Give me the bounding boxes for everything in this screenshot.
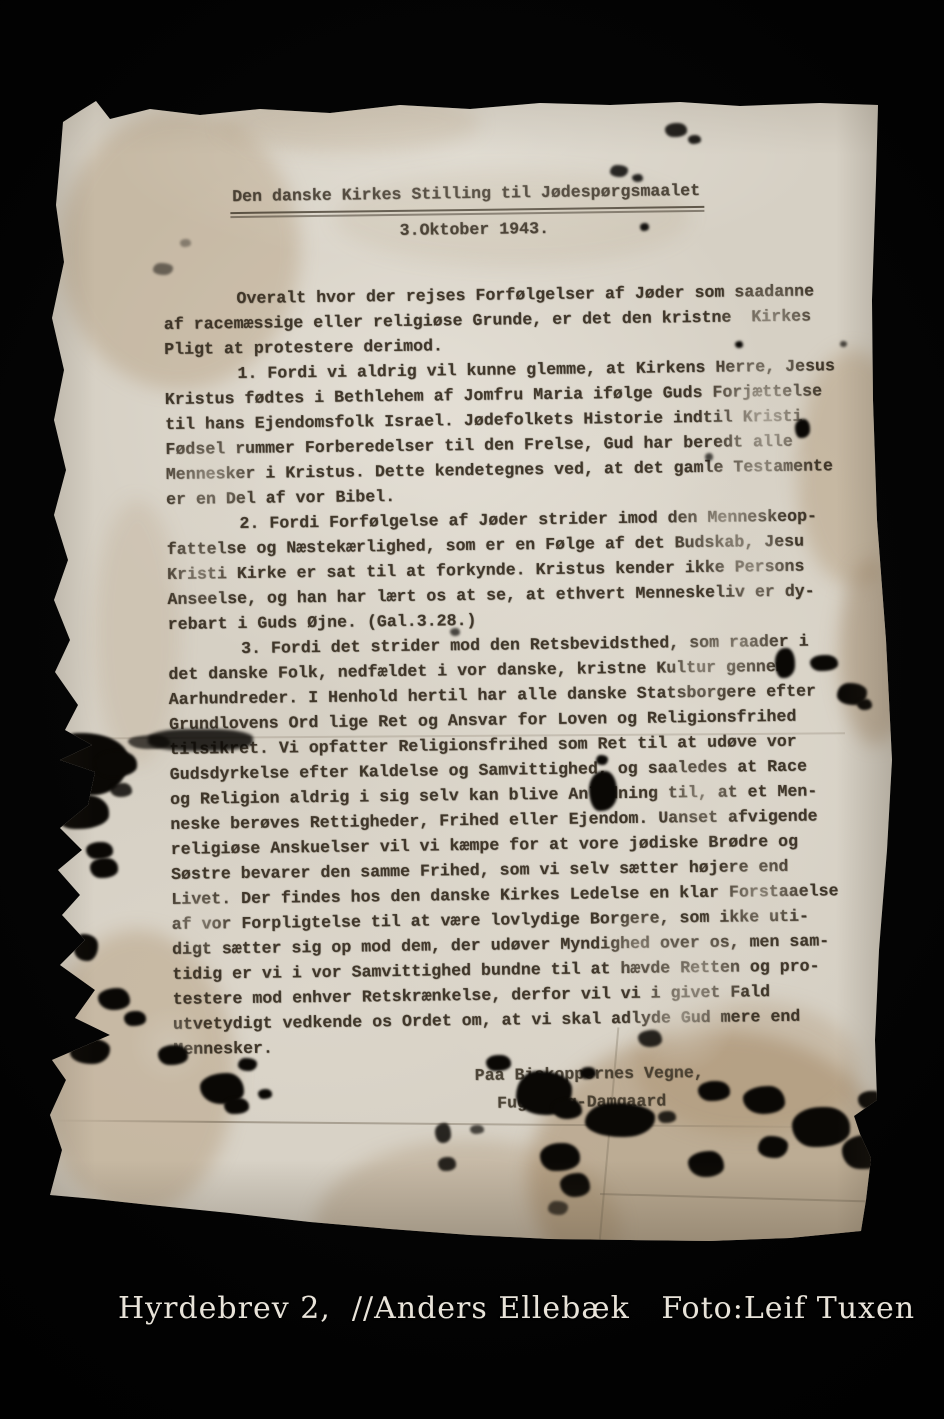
- ink-blot: [885, 1175, 919, 1199]
- document-body: Overalt hvor der rejses Forfølgelser af …: [163, 278, 844, 1062]
- ink-blot: [540, 1143, 580, 1171]
- paragraph: 2. Fordi Forfølgelse af Jøder strider im…: [166, 503, 838, 637]
- ink-blot: [688, 1151, 724, 1177]
- paragraph: 3. Fordi det strider mod den Retsbevidst…: [168, 628, 844, 1062]
- paper-crease: [600, 1193, 890, 1203]
- ink-blot: [758, 1136, 788, 1158]
- ink-blot: [98, 988, 130, 1010]
- ink-blot: [665, 123, 687, 137]
- document-paper: Den danske Kirkes Stilling til Jødespørg…: [40, 85, 896, 1245]
- ink-blot: [70, 1038, 110, 1064]
- ink-blot: [86, 842, 113, 859]
- document-date: 3.Oktober 1943.: [399, 216, 549, 243]
- ink-blot: [48, 733, 128, 795]
- paragraph: Overalt hvor der rejses Forfølgelser af …: [163, 278, 834, 362]
- ink-blot: [90, 858, 118, 878]
- signature-line-2: Fuglsang-Damgaard: [497, 1088, 667, 1115]
- ink-blot: [610, 165, 628, 177]
- paper-stain: [220, 93, 480, 153]
- document-title: Den danske Kirkes Stilling til Jødespørg…: [230, 178, 704, 214]
- ink-blot: [688, 135, 701, 144]
- photo-caption: Hyrdebrev 2, //Anders Ellebæk Foto:Leif …: [118, 1291, 915, 1326]
- ink-blot: [54, 795, 109, 829]
- document-text: Den danske Kirkes Stilling til Jødespørg…: [162, 176, 875, 1145]
- signature-line-1: Paa Biskoppernes Vegne,: [475, 1060, 704, 1088]
- ink-blot: [124, 1011, 146, 1026]
- photograph: Den danske Kirkes Stilling til Jødespørg…: [0, 0, 944, 1419]
- ink-blot: [128, 735, 170, 749]
- ink-blot: [548, 1201, 568, 1215]
- ink-blot: [560, 1173, 590, 1197]
- paragraph: 1. Fordi vi aldrig vil kunne glemme, at …: [164, 353, 836, 512]
- ink-blot: [438, 1157, 456, 1171]
- ink-blot: [110, 783, 132, 797]
- ink-blot: [74, 934, 98, 961]
- paper-stain: [315, 1140, 620, 1315]
- ink-blot: [95, 751, 137, 777]
- ink-blot: [842, 1135, 890, 1169]
